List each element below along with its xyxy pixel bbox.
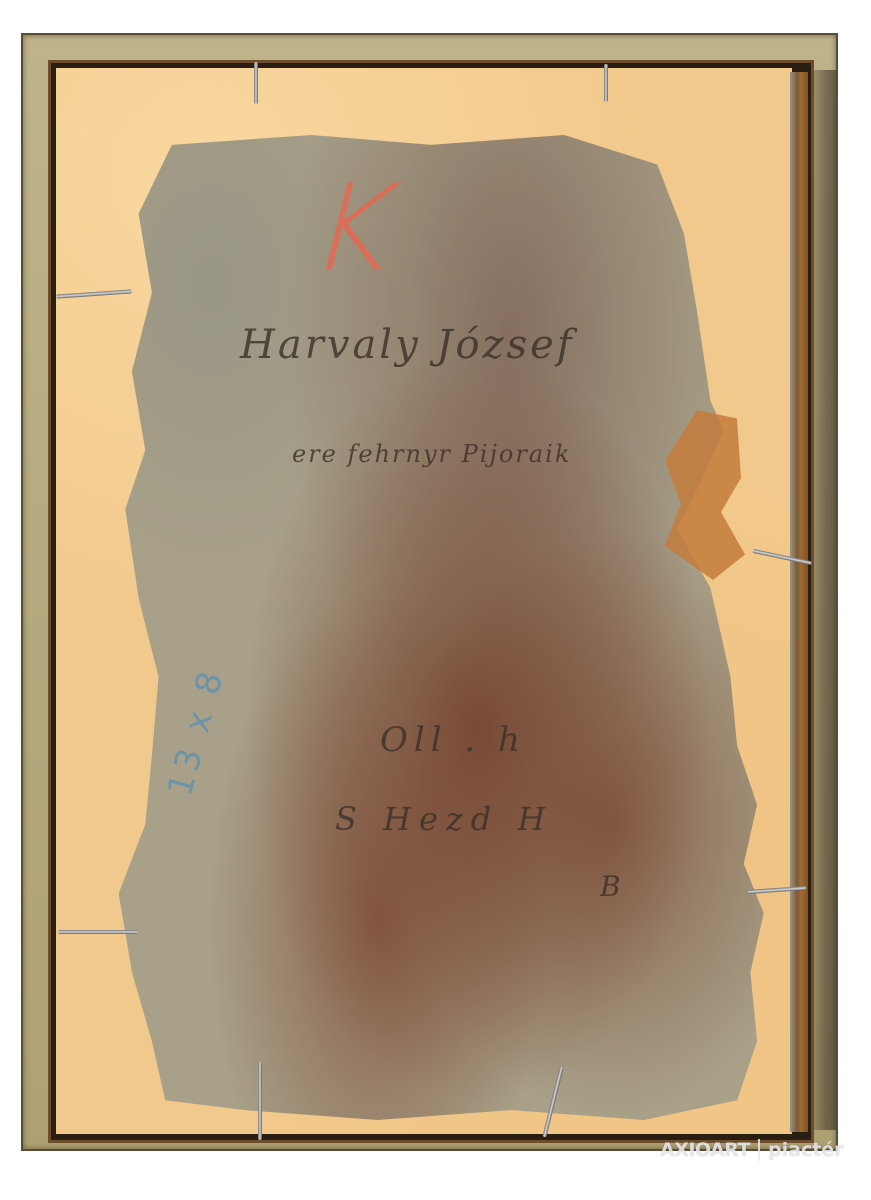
frame-shadow xyxy=(812,70,836,1130)
watermark-brand: AXIOART xyxy=(660,1139,750,1161)
nail-top-left xyxy=(254,62,258,104)
watermark-sub: piactér xyxy=(768,1139,844,1161)
nail-top-right xyxy=(604,64,608,102)
nail-left-lower xyxy=(58,930,138,934)
inner-slip xyxy=(790,72,808,1132)
watermark-separator xyxy=(758,1139,760,1161)
torn-paper-mount xyxy=(112,135,777,1120)
nail-bottom-left xyxy=(258,1062,262,1140)
watermark: AXIOART piactér xyxy=(660,1135,844,1165)
